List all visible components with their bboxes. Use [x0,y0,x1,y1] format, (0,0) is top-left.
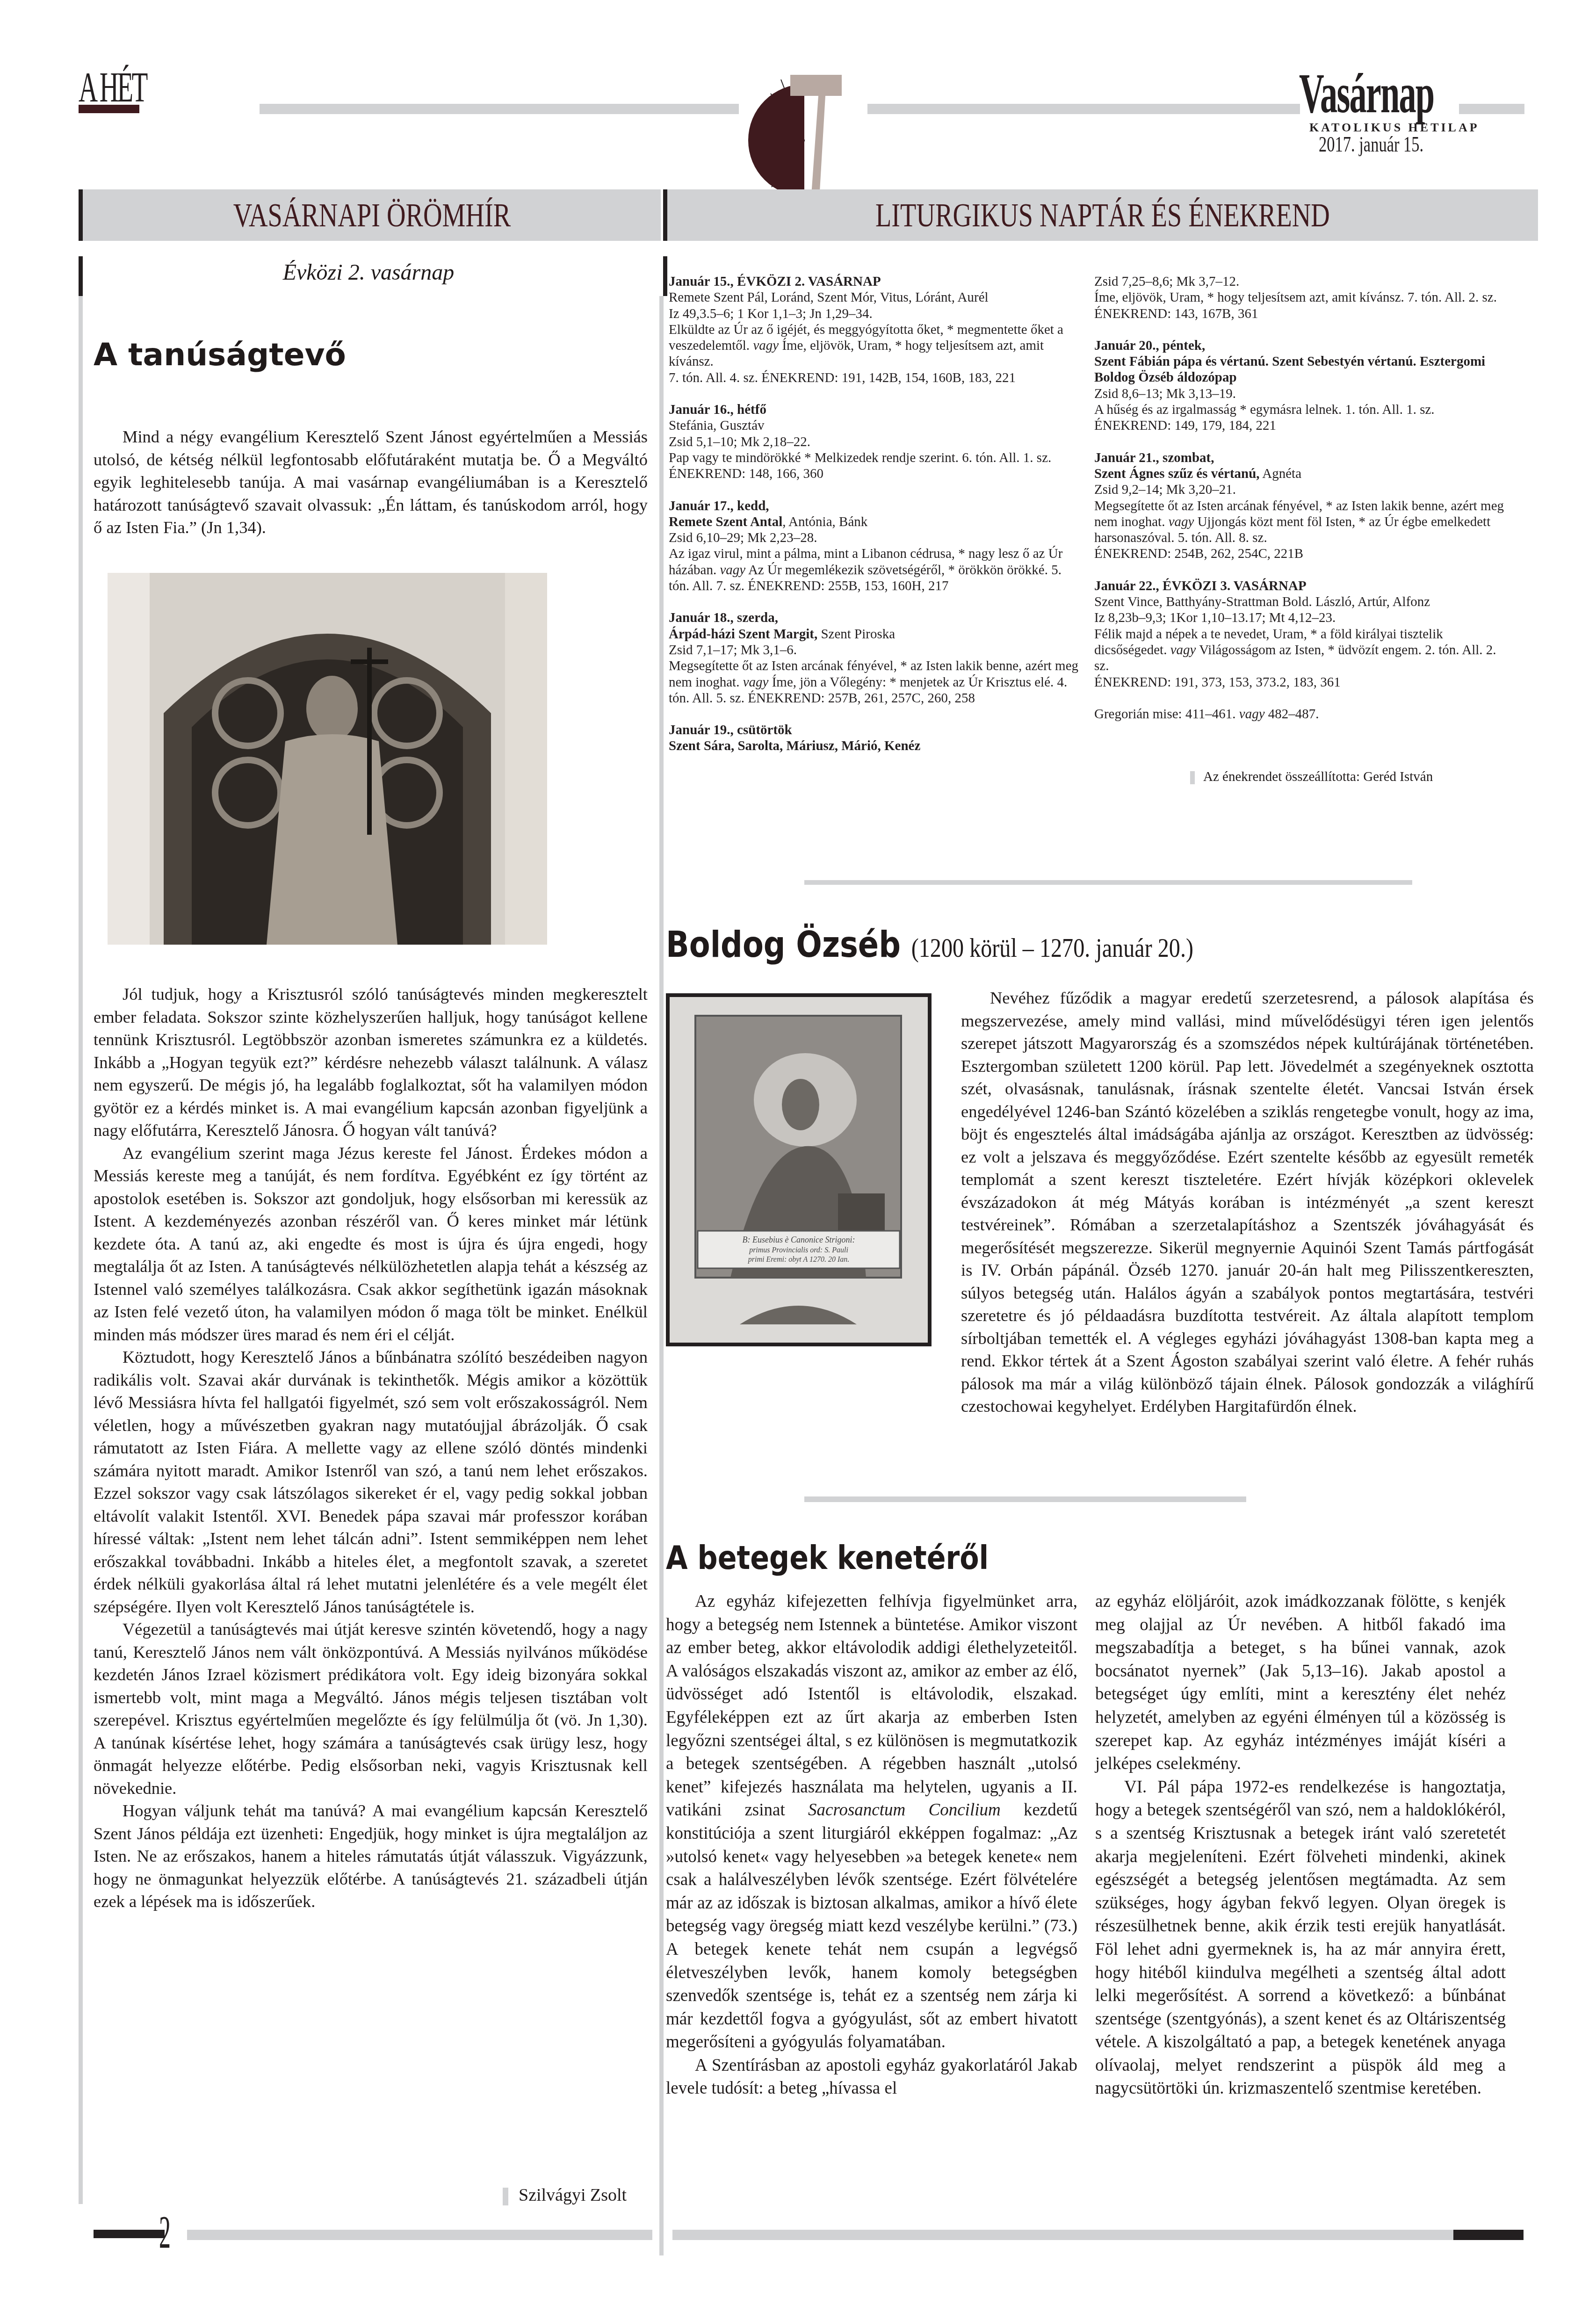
calendar-saints: Szent Sára, Sarolta, Máriusz, Márió, Ken… [669,738,1080,754]
calendar-psalm: Félik majd a népek a te nevedet, Uram, *… [1094,626,1506,674]
calendar-saints: Árpád-házi Szent Margit, Szent Piroska [669,626,1080,642]
ozseb-title-line: Boldog Özséb (1200 körül – 1270. január … [666,924,1193,965]
calendar-day-heading: Január 17., kedd, [669,498,1080,514]
calendar-saints: Szent Fábián pápa és vértanú. Szent Sebe… [1094,354,1506,386]
svg-text:primus Provincialis ord: S. Pa: primus Provincialis ord: S. Pauli [749,1246,848,1254]
calendar-entry-jan15: Január 15., ÉVKÖZI 2. VASÁRNAP Remete Sz… [669,274,1080,386]
gospel-body: Jól tudjuk, hogy a Krisztusról szóló tan… [94,983,648,1913]
header-rule-far [1459,104,1524,114]
header-rule-right [867,104,1300,114]
engraving-image-icon: B: Eusebius è Canonice Strigoni: primus … [670,997,928,1343]
calendar-col-1: Január 15., ÉVKÖZI 2. VASÁRNAP Remete Sz… [669,274,1080,770]
gospel-paragraph: Végezetül a tanúságtevés mai útját keres… [94,1618,648,1800]
footer-marker-left [94,2230,165,2238]
ozseb-bottom-rule [804,1496,1246,1502]
byline-marker [503,2188,508,2205]
calendar-saints: Szent Ágnes szűz és vértanú, Agnéta [1094,466,1506,482]
calendar-credit: Az énekrendet összeállította: Geréd Istv… [1190,769,1433,785]
calendar-psalm: Megsegítette őt az Isten arcának fényéve… [669,658,1080,706]
anointing-paragraph: A Szentírásban az apostoli egyház gyakor… [666,2054,1077,2100]
calendar-readings: Zsid 7,1–17; Mk 3,1–6. [669,642,1080,658]
calendar-entry-jan17: Január 17., kedd, Remete Szent Antal, An… [669,498,1080,594]
calendar-readings: Zsid 5,1–10; Mk 2,18–22. [669,434,1080,450]
anointing-paragraph: Az egyház kifejezetten felhívja figyelmü… [666,1590,1077,2054]
calendar-hymns: 7. tón. All. 4. sz. ÉNEKREND: 191, 142B,… [669,370,1080,386]
gospel-author: Szilvágyi Zsolt [519,2185,627,2205]
calendar-day-heading: Január 22., ÉVKÖZI 3. VASÁRNAP [1094,578,1506,594]
section-title-calendar: LITURGIKUS NAPTÁR ÉS ÉNEKREND [875,196,1330,235]
calendar-readings: Zsid 8,6–13; Mk 3,13–19. [1094,386,1506,402]
anointing-title: A betegek kenetéről [666,1539,989,1577]
calendar-day-heading: Január 21., szombat, [1094,450,1506,466]
calendar-entry-jan16: Január 16., hétfő Stefánia, Gusztáv Zsid… [669,402,1080,482]
calendar-entry-jan20: Január 20., péntek, Szent Fábián pápa és… [1094,338,1506,434]
gregorian-mass: Gregorián mise: 411–461. vagy 482–487. [1094,706,1506,722]
gospel-title: A tanúságtevő [94,337,346,373]
anointing-col-1: Az egyház kifejezetten felhívja figyelmü… [666,1590,1077,2100]
calendar-entry-jan19-cont: Zsid 7,25–8,6; Mk 3,7–12. Íme, eljövök, … [1094,274,1506,322]
left-rule-grey [79,296,83,2204]
section-label: A HÉT [79,65,146,108]
center-rule-dark [663,256,667,296]
footer-marker-right [1453,2230,1524,2240]
gospel-intro-text: Mind a négy evangélium Keresztelő Szent … [94,426,648,539]
calendar-hymns: ÉNEKREND: 148, 166, 360 [669,466,1080,482]
calendar-readings: Zsid 9,2–14; Mk 3,20–21. [1094,482,1506,498]
calendar-psalm: Íme, eljövök, Uram, * hogy teljesítsem a… [1094,289,1506,305]
calendar-psalm: Megsegítette őt az Isten arcának fényéve… [1094,498,1506,546]
calendar-entry-jan19: Január 19., csütörtök Szent Sára, Sarolt… [669,722,1080,754]
calendar-readings: Iz 8,23b–9,3; 1Kor 1,10–13.17; Mt 4,12–2… [1094,610,1506,626]
calendar-credit-text: Az énekrendet összeállította: Geréd Istv… [1203,769,1433,784]
calendar-day-heading: Január 16., hétfő [669,402,1080,418]
gospel-paragraph: Jól tudjuk, hogy a Krisztusról szóló tan… [94,983,648,1142]
ozseb-body-wrap: Nevéhez fűződik a magyar eredetű szerzet… [961,987,1534,1418]
gospel-byline: Szilvágyi Zsolt [503,2185,627,2205]
svg-text:primi Eremi: obyt A 1270. 20 I: primi Eremi: obyt A 1270. 20 Ian. [748,1256,850,1264]
calendar-col-2: Zsid 7,25–8,6; Mk 3,7–12. Íme, eljövök, … [1094,274,1506,738]
calendar-readings: Zsid 6,10–29; Mk 2,23–28. [669,530,1080,546]
statue-image-icon [108,573,547,945]
calendar-bottom-rule [804,880,1412,885]
svg-text:B: Eusebius è Canonice Strigon: B: Eusebius è Canonice Strigoni: [743,1235,855,1244]
calendar-day-heading: Január 20., péntek, [1094,338,1506,354]
ozseb-text: Nevéhez fűződik a magyar eredetű szerzet… [961,987,1534,1418]
section-title-gospel: VASÁRNAPI ÖRÖMHÍR [233,196,510,235]
gospel-intro: Mind a négy evangélium Keresztelő Szent … [94,426,648,539]
issue-date: 2017. január 15. [1319,132,1423,157]
gospel-paragraph: Köztudott, hogy Keresztelő János a bűnbá… [94,1346,648,1618]
footer-rule-right [672,2230,1453,2240]
calendar-saints: Stefánia, Gusztáv [669,418,1080,434]
anointing-paragraph: VI. Pál pápa 1972-es rendelkezése is han… [1095,1776,1506,2100]
calendar-saints: Remete Szent Antal, Antónia, Bánk [669,514,1080,530]
left-rule-dark [79,256,83,296]
calendar-hymns: ÉNEKREND: 191, 373, 153, 373.2, 183, 361 [1094,674,1506,690]
section-band-gospel: VASÁRNAPI ÖRÖMHÍR [79,189,661,241]
masthead-title: Vasárnap [1299,65,1434,122]
section-band-calendar: LITURGIKUS NAPTÁR ÉS ÉNEKREND [663,189,1538,241]
calendar-psalm: Elküldte az Úr az ő igéjét, és meggyógyí… [669,322,1080,370]
header-rule-left [260,104,739,114]
anointing-col-2: az egyház elöljáróit, azok imádkozzanak … [1095,1590,1506,2100]
anointing-paragraph: az egyház elöljáróit, azok imádkozzanak … [1095,1590,1506,1776]
credit-marker [1190,771,1195,784]
calendar-readings: Zsid 7,25–8,6; Mk 3,7–12. [1094,274,1506,289]
calendar-readings: Iz 49,3.5–6; 1 Kor 1,1–3; Jn 1,29–34. [669,306,1080,322]
calendar-day-heading: Január 18., szerda, [669,610,1080,626]
center-rule-grey [659,296,664,2255]
calendar-hymns: ÉNEKREND: 143, 167B, 361 [1094,306,1506,322]
john-baptist-photo [108,573,547,945]
gospel-paragraph: Az evangélium szerint maga Jézus kereste… [94,1142,648,1346]
gospel-kicker: Évközi 2. vasárnap [88,260,649,285]
calendar-entry-jan18: Január 18., szerda, Árpád-házi Szent Mar… [669,610,1080,706]
gospel-paragraph: Hogyan váljunk tehát ma tanúvá? A mai ev… [94,1800,648,1913]
calendar-psalm: A hűség és az irgalmasság * egymásra lel… [1094,402,1506,418]
calendar-saints: Remete Szent Pál, Loránd, Szent Mór, Vit… [669,289,1080,305]
calendar-saints: Szent Vince, Batthyány-Strattman Bold. L… [1094,594,1506,610]
calendar-hymns: ÉNEKREND: 149, 179, 184, 221 [1094,418,1506,434]
ozseb-engraving: B: Eusebius è Canonice Strigoni: primus … [666,993,932,1346]
page-number: 2 [159,2205,171,2259]
ozseb-title: Boldog Özséb [666,924,901,965]
calendar-entry-jan21: Január 21., szombat, Szent Ágnes szűz és… [1094,450,1506,562]
calendar-day-heading: Január 19., csütörtök [669,722,1080,738]
ozseb-dates: (1200 körül – 1270. január 20.) [911,934,1193,963]
calendar-psalm: Pap vagy te mindörökké * Melkizedek rend… [669,450,1080,466]
calendar-day-heading: Január 15., ÉVKÖZI 2. VASÁRNAP [669,274,1080,289]
footer-rule-left [187,2230,652,2240]
calendar-hymns: ÉNEKREND: 254B, 262, 254C, 221B [1094,546,1506,562]
calendar-psalm: Az igaz virul, mint a pálma, mint a Liba… [669,546,1080,594]
calendar-entry-jan22: Január 22., ÉVKÖZI 3. VASÁRNAP Szent Vin… [1094,578,1506,690]
